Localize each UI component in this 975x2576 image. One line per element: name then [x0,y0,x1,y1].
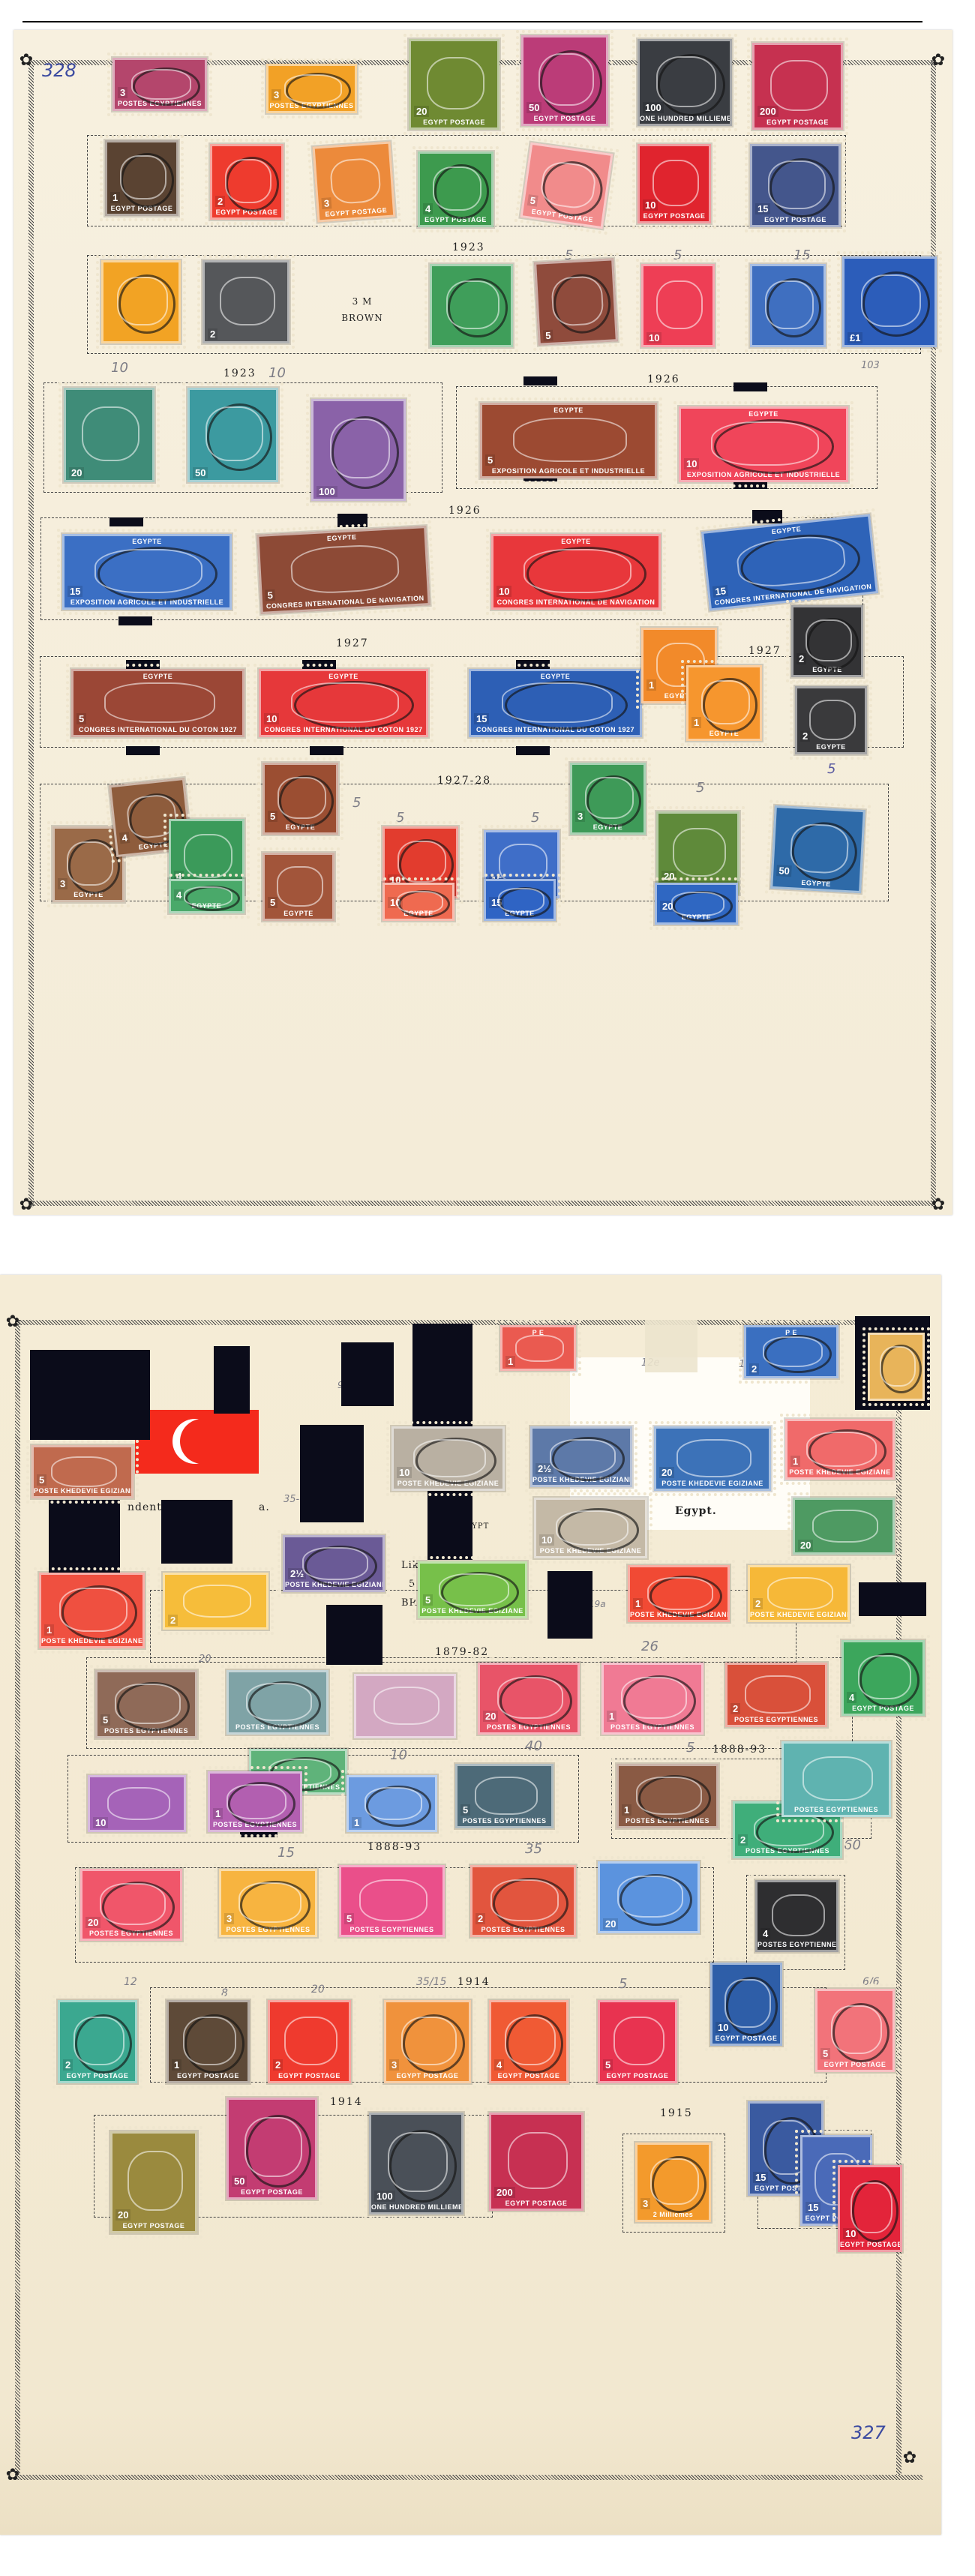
postmark-icon [102,1882,175,1933]
stamp-inscription: EGYPT POSTAGE [600,2072,675,2080]
stamp-denomination: 20 [660,901,675,912]
stamp: EGYPT POSTAGE3 [307,136,401,228]
year-label: 1927 [748,645,781,657]
pencil-annotation: 26 [641,1639,658,1654]
stamp-face: EGYPT POSTAGE10 [838,2165,902,2252]
stamp-denomination: 2 [273,2059,283,2071]
stamp-face: POSTES EGYPTIENNES1 [616,1764,718,1828]
stamp: POSTES EGYPTIENNES3 [107,52,212,116]
stamp-denomination: 50 [193,467,208,478]
stamp-denomination: 10 [397,1467,412,1478]
postmark-icon [558,1508,639,1552]
stamp-face: 10 [88,1775,186,1832]
stamp: POSTE KHEDEVIE EGIZIANE5 [412,1556,532,1624]
stamp-face: POSTE KHEDEVIE EGIZIANE10 [391,1426,505,1491]
stamp-face: POSTES EGYPTIENNES5 [455,1764,553,1828]
stamp-denomination: 200 [494,2187,515,2198]
stamp-denomination: 5 [603,2059,613,2071]
stamp-denomination: 1 [172,2059,181,2071]
stamp-denomination: 15 [712,585,729,598]
stamp-inscription: ONE HUNDRED MILLIEMES [640,115,730,122]
page-heading: Egypt. [675,1505,717,1517]
stamp-denomination: 5 [76,713,86,724]
postmark-icon [366,1786,431,1827]
stamp-face: POSTES EGYPTIENNES2 [470,1865,576,1937]
postmark-icon [764,1335,832,1374]
stamp-denomination: 2 [749,1363,759,1375]
stamp-face: EGYPT POSTAGE3 [384,2000,471,2083]
stamp [96,255,186,349]
mount-hinge [161,1500,232,1564]
stamp-face: POSTE KHEDEVIE EGIZIANE2½ [530,1426,632,1487]
stamp: POSTES EGYPTIENNES5 [90,1665,202,1744]
stamp: 20 [787,1492,900,1560]
year-label: 1879-82 [435,1646,489,1658]
stamp: EGYPT POSTAGE1 [161,1995,255,2089]
album-page-327: ✿ ✿ ✿ 327 Egypt. ndent k a. Lik 5 BR HA … [0,1275,941,2535]
postmark-icon [638,1775,711,1822]
stamp-face: ONE HUNDRED MILLIEMES100 [369,2113,463,2215]
stamp-inscription: EGYPT POSTAGE [491,2072,566,2080]
year-label: 1914 [457,1976,490,1988]
stamp-face: £1 [842,256,937,347]
mount-hinge [118,616,152,625]
postmark-icon [294,681,414,730]
mount-hinge [427,1489,472,1560]
year-label: 1927 [336,637,369,649]
stamp-inscription: EGYPT POSTAGE [754,118,841,126]
stamp-denomination: 2 [796,653,806,664]
stamp-face: EGYPT POSTAGE1 [166,2000,250,2083]
pencil-annotation: 15 [277,1845,295,1861]
postmark-icon [184,2014,244,2074]
stamp-denomination: 1 [646,679,656,691]
stamp-denomination: 10 [715,2022,730,2033]
stamp-face: 5 [534,258,618,345]
pencil-annotation: 10 [390,1747,407,1763]
mount-hinge [214,1346,250,1414]
postmark-icon [586,775,641,827]
stamp [862,1327,930,1406]
stamp: P E2 [739,1320,844,1384]
stamp-face: EGYPTE50 [770,805,865,893]
stamp-inscription: ONE HUNDRED MILLIEMES [371,2203,461,2211]
stamp-face: EGYPT POSTAGE5 [520,142,613,229]
page-number-annotation: 327 [851,2422,886,2443]
stamp-inscription: EGYPT POSTAGE [270,2072,349,2080]
stamp: EGYPT POSTAGE20 [105,2126,202,2239]
postmark-icon [279,775,334,827]
stamp-inscription: EGYPT POSTAGE [169,2072,247,2080]
stamp-denomination: 20 [414,106,429,117]
stamp: ONE HUNDRED MILLIEMES100 [632,34,737,131]
stamp: 10 [82,1770,191,1837]
postmark-icon [403,2014,465,2074]
text-fragment: a. [259,1501,270,1513]
postmark-icon [185,886,240,911]
stamp: 10 [636,259,720,352]
stamp-face: EGYPTEEXPOSITION AGRICOLE ET INDUSTRIELL… [679,406,848,482]
stamp-inscription: EGYPT POSTAGE [491,2200,581,2207]
stamp-denomination: 50 [526,102,541,113]
postmark-icon [880,1345,922,1394]
pencil-annotation: 5 [619,1976,627,1992]
stamp: POSTE KHEDEVIE EGIZIANE1 [622,1560,735,1627]
stamp-denomination: 50 [776,865,792,877]
stamp: 2 [157,1567,274,1635]
stamp: EGYPT POSTAGE200 [747,37,848,135]
stamp-face: EGYPT POSTAGE15 [750,144,841,227]
mount-hinge [859,1582,926,1616]
postmark-icon [852,2180,898,2242]
stamp: EGYPTE4 [163,874,250,919]
stamp-inscription: POSTES EGYPTIENNES [457,1817,551,1825]
stamp-top-inscription: EGYPTE [681,410,846,418]
stamp-inscription: EGYPT POSTAGE [523,115,606,122]
year-label: 1926 [647,373,680,385]
stamp-inscription: POSTE KHEDEVIE EGIZIANE [34,1487,131,1495]
mount-hinge [109,517,143,526]
corner-ornament-icon: ✿ [3,2466,22,2485]
stamp: EGYPTE5 [257,847,340,926]
stamp-denomination: 2 [208,328,217,340]
postmark-icon [766,278,821,338]
stamp-face: POSTES EGYPTIENNES4 [755,1880,838,1952]
stamp-denomination: 1 [622,1804,631,1816]
stamp-denomination: 20 [115,2209,130,2221]
stamp [424,259,518,352]
stamp-inscription: EGYPT POSTAGE [752,216,838,223]
stamp-top-inscription: EGYPTE [73,673,242,680]
stamp-denomination: 15 [805,2202,820,2213]
stamp-denomination: 4 [494,2059,504,2071]
stamp: 20 [592,1856,705,1939]
stamp: 100 [306,394,411,506]
stamp: EGYPT POSTAGE50 [516,30,613,131]
stamp: EGYPT POSTAGE2 [205,139,289,225]
stamp: EGYPT POSTAGE4 [484,1995,574,2089]
postmark-icon [75,2014,132,2074]
caption-line-2: BROWN [310,313,415,323]
stamp-face: EGYPTE3 [570,763,646,835]
stamp-denomination: £1 [847,332,862,343]
stamp-face: EGYPTE15 [484,879,556,921]
stamp-face: POSTES EGYPTIENNES [226,1670,328,1735]
stamp-face: EGYPTE4 [169,879,244,913]
stamp-denomination: 5 [344,1913,354,1924]
stamp-denomination: 5 [460,1804,470,1816]
pencil-annotation: 35 [525,1841,542,1857]
stamp-denomination: 10 [643,199,658,211]
stamp-face: POSTES EGYPTIENNES5 [339,1865,445,1937]
stamp: EGYPTECONGRES INTERNATIONAL DU COTON 192… [253,664,433,742]
stamp: POSTES EGYPTIENNES20 [75,1864,187,1946]
mount-hinge [547,1571,592,1639]
stamp-face: EGYPT POSTAGE4 [841,1640,925,1716]
stamp: 2 Milliemes3 [630,2137,716,2227]
stamp: POSTE KHEDEVIE EGIZIANE1 [780,1414,900,1485]
stamp-denomination: 1 [505,1356,515,1367]
stamp-denomination: 3 [389,2059,399,2071]
stamp-face: POSTES EGYPTIENNES3 [219,1869,317,1937]
stamp-denomination: 10 [388,897,403,908]
stamp-inscription: CONGRES INTERNATIONAL DU COTON 1927 [73,726,242,733]
stamp-denomination: 1 [633,1598,643,1609]
stamp-denomination: 15 [753,2172,768,2183]
stamp: POSTE KHEDEVIE EGIZIANE10 [386,1421,510,1496]
stamp: EGYPTE15 [478,874,561,926]
stamp-denomination: 5 [268,897,277,908]
stamp-denomination: 1 [691,717,701,728]
stamp-face: POSTE KHEDEVIE EGIZIANE5 [31,1445,133,1498]
pencil-annotation: 5 [827,761,835,777]
postmark-icon [133,67,200,106]
year-label: 1927-28 [437,775,491,787]
stamp-denomination: 100 [316,486,337,497]
stamp-face: EGYPT POSTAGE200 [752,43,843,130]
pencil-annotation: 20 [311,1984,325,1996]
postmark-icon [506,2014,563,2074]
stamp-face: 2 [202,260,289,343]
stamp-denomination: 20 [69,467,84,478]
year-label: 1926 [448,505,481,517]
stamp-denomination: 2½ [288,1568,306,1579]
stamp-denomination: 2 [475,1913,485,1924]
pencil-annotation: 10 [111,360,128,376]
stamp: EGYPTEEXPOSITION AGRICOLE ET INDUSTRIELL… [475,397,662,484]
postmark-icon [714,419,834,474]
postmark-icon [121,153,173,208]
stamp-face: EGYPT POSTAGE1 [105,140,178,216]
stamp-face [101,260,181,343]
stamp-face: EGYPTECONGRES INTERNATIONAL DU COTON 192… [259,669,428,737]
stamp-face: EGYPT POSTAGE50 [521,35,608,126]
stamp-top-inscription: EGYPTE [471,673,640,680]
stamp: POSTES EGYPTIENNES5 [450,1759,559,1834]
stamp-inscription: POSTES EGYPTIENNES [727,1716,825,1723]
stamp: EGYPT POSTAGE200 [484,2107,589,2216]
stamp: POSTES EGYPTIENNES3 [214,1864,322,1942]
stamp-denomination: 100 [643,102,664,113]
stamp-face: EGYPTE5 [262,763,338,835]
stamp-denomination: 4 [760,1928,770,1939]
stamp-face: EGYPTECONGRES INTERNATIONAL DU COTON 192… [71,669,244,737]
stamp-face: EGYPTE1 [686,665,762,741]
stamp-face: POSTES EGYPTIENNES [781,1741,891,1817]
postmark-icon [228,1782,295,1826]
stamp-face: EGYPT POSTAGE20 [110,2131,197,2233]
stamp: EGYPTE2 [786,600,868,682]
stamp-face: EGYPTECONGRES INTERNATIONAL DU COTON 192… [469,669,642,737]
year-label: 1914 [330,2096,363,2108]
stamp: EGYPT POSTAGE3 [379,1995,476,2089]
postmark-icon [652,2156,706,2213]
stamp-face: EGYPT POSTAGE10 [710,1963,782,2046]
postmark-icon [552,1437,625,1481]
stamp-face: EGYPTECONGRES INTERNATIONAL DE NAVIGATIO… [701,514,878,610]
stamp-face: EGYPT POSTAGE50 [226,2098,317,2200]
stamp-face: POSTES EGYPTIENNES3 [266,64,357,113]
postmark-icon [790,820,859,883]
postmark-icon [807,618,859,670]
stamp-face: 50 [187,388,278,482]
stamp-denomination: 20 [603,1918,618,1930]
stamp-denomination: 3 [224,1913,234,1924]
stamp: POSTES EGYPTIENNES20 [472,1657,585,1740]
stamp-face: POSTES EGYPTIENNES1 [601,1663,703,1735]
stamp: POSTES EGYPTIENNES5 [334,1860,450,1942]
stamp-face: POSTES EGYPTIENNES1 [208,1771,302,1832]
stamp: POSTES EGYPTIENNES [776,1736,896,1822]
mount-hinge [310,746,343,755]
stamp-inscription: EGYPT POSTAGE [60,2072,135,2080]
stamp: EGYPT POSTAGE5 [810,1984,900,2077]
stamp: EGYPTECONGRES INTERNATIONAL DU COTON 192… [463,664,647,742]
postmark-icon [331,416,399,489]
stamp-denomination: 5 [37,1474,46,1486]
mount-hinge [30,1350,150,1440]
scan-edge-line [22,21,922,22]
stamp: EGYPTE20 [649,877,743,930]
postmark-icon [389,2130,457,2203]
stamp: EGYPT POSTAGE5 [514,136,619,235]
stamp-inscription: EGYPT POSTAGE [640,212,709,220]
stamp-denomination: 5 [423,1594,433,1606]
postmark-icon [726,1977,778,2037]
stamp-inscription: EGYPTE [265,910,332,917]
stamp-inscription: POSTE KHEDEVIE EGIZIANE [750,1611,847,1618]
stamp-face: EGYPTE2 [791,605,863,677]
stamp: POSTES EGYPTIENNES1 [611,1759,724,1834]
stamp: POSTES EGYPTIENNES2 [465,1860,581,1942]
stamp-denomination: 5 [268,811,277,822]
pencil-annotation: 20 [199,1654,211,1665]
stamp: POSTE KHEDEVIE EGIZIANE1 [34,1567,150,1654]
stamp-denomination: 20 [798,1540,813,1551]
stamp-inscription: EGYPT POSTAGE [229,2188,315,2196]
postmark-icon [658,54,725,116]
postmark-icon [769,158,835,218]
pencil-annotation: 5 [686,1740,694,1756]
stamp-face: 2 Milliemes3 [635,2143,711,2222]
stamp-denomination: 5 [543,330,553,342]
stamp-denomination: 4 [119,832,130,844]
stamp: EGYPT POSTAGE4 [412,146,499,232]
crescent-icon [180,1419,225,1464]
stamp-denomination: 100 [374,2191,395,2202]
stamp-denomination: 20 [483,1711,498,1722]
stamp-denomination: 2 [168,1615,178,1626]
stamp: POSTES EGYPTIENNES [221,1665,334,1740]
stamp-denomination: 10 [93,1817,108,1828]
stamp: POSTE KHEDEVIE EGIZIANE2 [742,1560,855,1627]
postmark-icon [862,271,930,337]
stamp-face: EGYPT POSTAGE3 [313,141,396,222]
stamp-face: P E1 [500,1325,576,1371]
stamp-denomination: 10 [646,332,661,343]
stamp: EGYPT POSTAGE5 [592,1995,682,2089]
stamp-denomination: 3 [575,811,585,822]
stamp-face: EGYPT POSTAGE20 [409,39,499,130]
stamp-face: POSTE KHEDEVIE EGIZIANE20 [654,1426,771,1491]
stamp-denomination: 50 [232,2176,247,2187]
stamp: 20 [58,382,160,487]
stamp: EGYPTE1 [681,660,767,746]
postmark-icon [117,1682,190,1732]
stamp: P E1 [495,1320,581,1376]
corner-ornament-icon: ✿ [900,2449,919,2468]
stamp-denomination: 5 [265,589,275,601]
stamp-inscription: POSTE KHEDEVIE EGIZIANE [656,1480,769,1487]
stamp-face: EGYPTE20 [655,883,738,925]
stamp-denomination: 20 [85,1917,100,1928]
stamp: EGYPT POSTAGE2 [262,1995,356,2089]
stamp: EGYPTE2 [790,681,872,760]
stamp: EGYPTECONGRES INTERNATIONAL DE NAVIGATIO… [486,529,666,615]
stamp-denomination: 3 [321,197,331,209]
stamp: EGYPTE50 [765,800,871,899]
corner-ornament-icon: ✿ [928,1195,948,1215]
stamp-inscription: EGYPT POSTAGE [386,2072,469,2080]
stamp: EGYPT POSTAGE4 [836,1635,930,1721]
postmark-icon [61,1585,137,1640]
stamp: EGYPT POSTAGE50 [221,2092,322,2205]
stamp: EGYPT POSTAGE15 [745,139,846,232]
mount-hinge [341,1342,394,1406]
stamp-denomination: 15 [67,586,82,597]
stamp-top-inscription: EGYPTE [261,673,426,680]
stamp-inscription: EGYPT POSTAGE [817,2061,892,2068]
mount-hinge [326,1605,382,1665]
postmark-icon [248,1681,321,1728]
page-border-right [931,60,936,1207]
stamp-face [750,264,826,347]
stamp: EGYPT POSTAGE1 [100,135,184,221]
stamp: 50 [182,382,283,487]
empty-slot-caption: 3 M BROWN [310,296,415,323]
postmark-icon [619,1874,692,1926]
stamp-denomination: 2 [753,1598,763,1609]
stamp-face: EGYPTE2 [795,686,867,754]
album-page-328: ✿ ✿ ✿ ✿ 328 1923 1923 1926 1926 1927 192… [13,30,952,1215]
stamp: EGYPTE3 [565,757,651,840]
stamp-inscription: EGYPT POSTAGE [840,2241,900,2248]
year-label: 1915 [660,2107,693,2119]
stamp-face: P E2 [744,1325,838,1378]
pencil-annotation: 10 [268,365,286,381]
stamp-denomination: 10 [539,1534,554,1546]
stamp-face: EGYPT POSTAGE4 [418,151,493,227]
stamp-denomination: 2 [800,730,810,742]
stamp-inscription: EXPOSITION AGRICOLE ET INDUSTRIELLE [482,467,655,475]
stamp: £1 [837,251,942,352]
stamp-face: POSTE KHEDEVIE EGIZIANE10 [534,1498,647,1558]
postmark-icon [97,547,217,601]
pencil-annotation: 5 [696,780,704,796]
stamp-denomination: 3 [271,89,281,100]
stamp: POSTES EGYPTIENNES3 [261,58,362,118]
stamp-face: 20 [598,1861,700,1933]
postmark-icon [808,1429,886,1474]
stamp-denomination: 3 [58,878,67,889]
stamp-face: EGYPT POSTAGE200 [489,2113,583,2211]
stamp-face: POSTES EGYPTIENNES20 [80,1869,182,1941]
stamp-face: POSTE KHEDEVIE EGIZIANE2 [748,1565,850,1622]
stamp-denomination: 1 [213,1808,223,1819]
stamp-denomination: 1 [607,1711,616,1722]
stamp-face: EGYPTEEXPOSITION AGRICOLE ET INDUSTRIELL… [480,403,657,478]
stamp-top-inscription: P E [502,1329,574,1336]
